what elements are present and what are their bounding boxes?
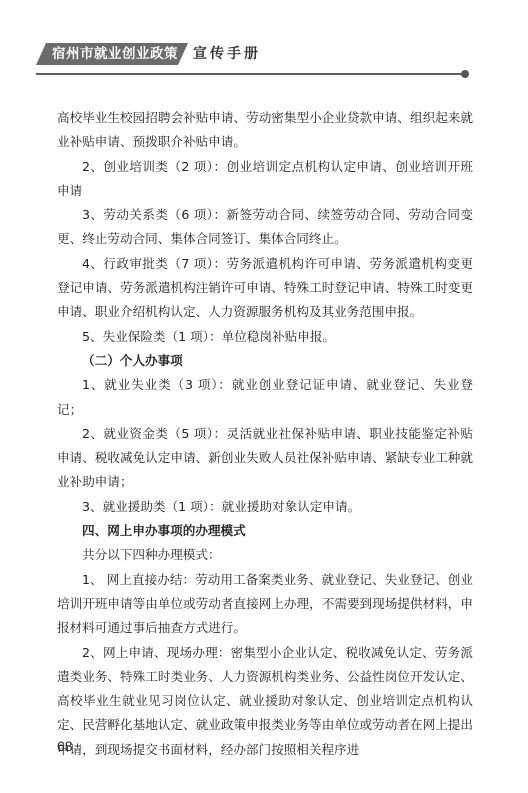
paragraph-item: 2、创业培训类（2 项）：创业培训定点机构认定申请、创业培训开班申请	[57, 155, 473, 204]
paragraph-item: 1、 网上直接办结：劳动用工备案类业务、就业登记、失业登记、创业培训开班申请等由…	[57, 568, 473, 641]
header-divider	[36, 73, 464, 75]
header-subtitle: 宣传手册	[193, 46, 261, 62]
section-heading: （二）个人办事项	[57, 349, 473, 373]
header-dot-icon	[461, 70, 469, 78]
paragraph-item: 5、失业保险类（1 项）：单位稳岗补贴申报。	[57, 325, 473, 349]
page-header: 宿州市就业创业政策 宣传手册	[0, 0, 528, 90]
section-heading: 四、网上申办事项的办理模式	[57, 519, 473, 543]
page-body: 高校毕业生校园招聘会补贴申请、劳动密集型小企业贷款申请、组织起来就业补贴申请、预…	[57, 106, 473, 762]
paragraph-item: 3、就业援助类（1 项）：就业援助对象认定申请。	[57, 495, 473, 519]
paragraph-item: 4、行政审批类（7 项）：劳务派遣机构许可申请、劳务派遣机构变更登记申请、劳务派…	[57, 252, 473, 325]
paragraph-item: 1、就业失业类（3 项）：就业创业登记证申请、就业登记、失业登记；	[57, 373, 473, 422]
paragraph-item: 共分以下四种办理模式：	[57, 543, 473, 567]
paragraph-item: 2、网上申请、现场办理：密集型小企业认定、税收减免认定、劳务派遣类业务、特殊工时…	[57, 641, 473, 762]
paragraph-continuation: 高校毕业生校园招聘会补贴申请、劳动密集型小企业贷款申请、组织起来就业补贴申请、预…	[57, 106, 473, 155]
paragraph-item: 3、劳动关系类（6 项）：新签劳动合同、续签劳动合同、劳动合同变更、终止劳动合同…	[57, 203, 473, 252]
header-tag-title: 宿州市就业创业政策	[52, 46, 178, 62]
page-number: 68	[57, 738, 73, 754]
paragraph-item: 2、就业资金类（5 项）：灵活就业社保补贴申请、职业技能鉴定补贴申请、税收减免认…	[57, 422, 473, 495]
